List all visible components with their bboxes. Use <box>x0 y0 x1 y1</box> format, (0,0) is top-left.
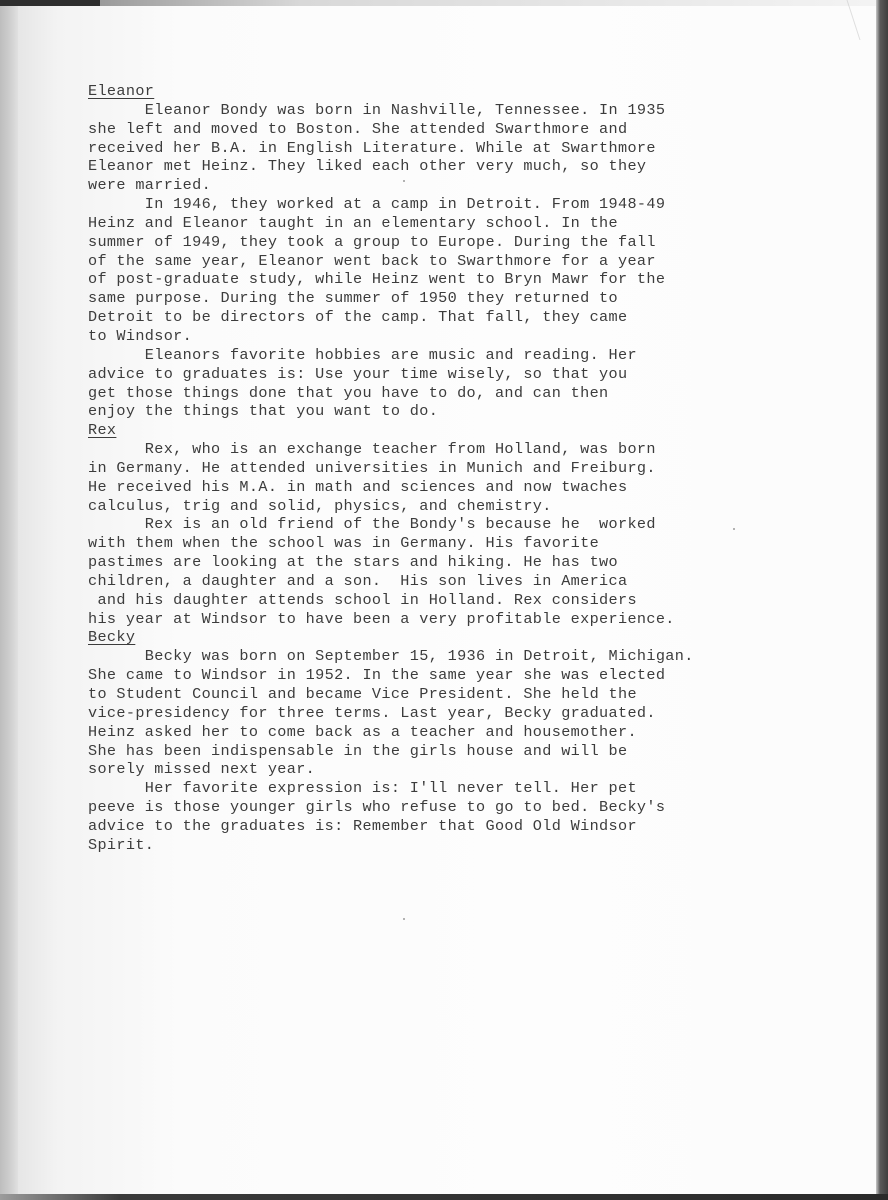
text-line: received her B.A. in English Literature.… <box>88 139 694 158</box>
paragraph: Eleanor Bondy was born in Nashville, Ten… <box>88 101 694 195</box>
scan-right-edge <box>876 0 888 1200</box>
text-line: sorely missed next year. <box>88 760 694 779</box>
text-line: pastimes are looking at the stars and hi… <box>88 553 694 572</box>
paragraph: Her favorite expression is: I'll never t… <box>88 779 694 854</box>
text-line: of the same year, Eleanor went back to S… <box>88 252 694 271</box>
text-line: summer of 1949, they took a group to Eur… <box>88 233 694 252</box>
text-line: Rex is an old friend of the Bondy's beca… <box>88 515 694 534</box>
paragraph: In 1946, they worked at a camp in Detroi… <box>88 195 694 346</box>
text-line: to Student Council and became Vice Presi… <box>88 685 694 704</box>
paragraph: Rex, who is an exchange teacher from Hol… <box>88 440 694 515</box>
text-line: same purpose. During the summer of 1950 … <box>88 289 694 308</box>
text-line: in Germany. He attended universities in … <box>88 459 694 478</box>
section-heading: Becky <box>88 628 694 647</box>
text-line: his year at Windsor to have been a very … <box>88 610 694 629</box>
text-line: get those things done that you have to d… <box>88 384 694 403</box>
text-line: peeve is those younger girls who refuse … <box>88 798 694 817</box>
scan-top-edge <box>0 0 888 6</box>
text-line: Rex, who is an exchange teacher from Hol… <box>88 440 694 459</box>
text-line: Heinz and Eleanor taught in an elementar… <box>88 214 694 233</box>
text-line: She came to Windsor in 1952. In the same… <box>88 666 694 685</box>
text-line: advice to graduates is: Use your time wi… <box>88 365 694 384</box>
section-eleanor: Eleanor Eleanor Bondy was born in Nashvi… <box>88 82 694 421</box>
text-line: she left and moved to Boston. She attend… <box>88 120 694 139</box>
text-line: In 1946, they worked at a camp in Detroi… <box>88 195 694 214</box>
text-line: advice to the graduates is: Remember tha… <box>88 817 694 836</box>
text-line: and his daughter attends school in Holla… <box>88 591 694 610</box>
text-line: enjoy the things that you want to do. <box>88 402 694 421</box>
text-line: children, a daughter and a son. His son … <box>88 572 694 591</box>
text-line: of post-graduate study, while Heinz went… <box>88 270 694 289</box>
text-line: Eleanors favorite hobbies are music and … <box>88 346 694 365</box>
text-line: She has been indispensable in the girls … <box>88 742 694 761</box>
text-line: calculus, trig and solid, physics, and c… <box>88 497 694 516</box>
ink-speck <box>733 528 735 530</box>
text-line: He received his M.A. in math and science… <box>88 478 694 497</box>
section-rex: Rex Rex, who is an exchange teacher from… <box>88 421 694 628</box>
text-line: Heinz asked her to come back as a teache… <box>88 723 694 742</box>
ink-speck <box>403 918 405 920</box>
text-line: Becky was born on September 15, 1936 in … <box>88 647 694 666</box>
text-line: with them when the school was in Germany… <box>88 534 694 553</box>
paragraph: Eleanors favorite hobbies are music and … <box>88 346 694 421</box>
text-line: vice-presidency for three terms. Last ye… <box>88 704 694 723</box>
text-line: Detroit to be directors of the camp. Tha… <box>88 308 694 327</box>
text-line: Eleanor met Heinz. They liked each other… <box>88 157 694 176</box>
text-line: to Windsor. <box>88 327 694 346</box>
text-line: Eleanor Bondy was born in Nashville, Ten… <box>88 101 694 120</box>
scan-bottom-edge <box>0 1194 888 1200</box>
section-heading: Rex <box>88 421 694 440</box>
document-body: Eleanor Eleanor Bondy was born in Nashvi… <box>88 82 694 855</box>
text-line: were married. <box>88 176 694 195</box>
paragraph: Becky was born on September 15, 1936 in … <box>88 647 694 779</box>
text-line: Her favorite expression is: I'll never t… <box>88 779 694 798</box>
section-becky: Becky Becky was born on September 15, 19… <box>88 628 694 854</box>
paragraph: Rex is an old friend of the Bondy's beca… <box>88 515 694 628</box>
text-line: Spirit. <box>88 836 694 855</box>
section-heading: Eleanor <box>88 82 694 101</box>
